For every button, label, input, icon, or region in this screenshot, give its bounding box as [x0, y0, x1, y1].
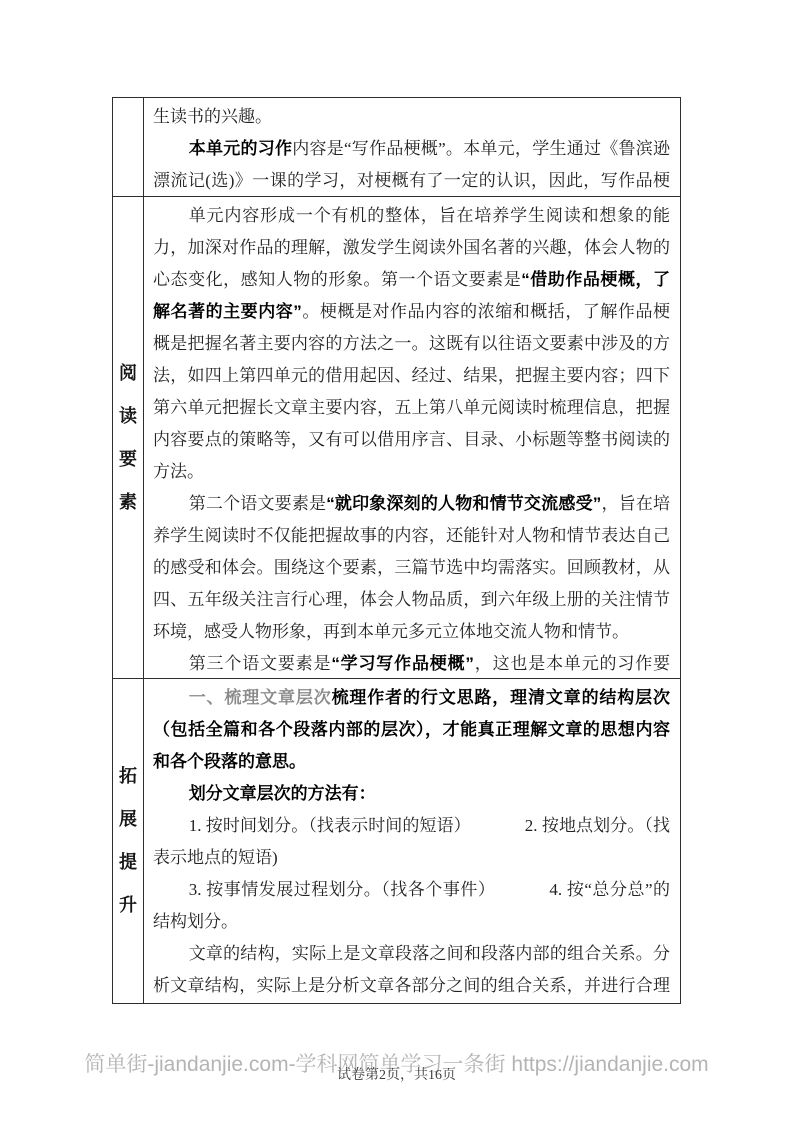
text-segment: 第二个语文要素是 [189, 494, 327, 513]
list-item-3: 3. 按事情发展过程划分。（找各个事件） [189, 880, 496, 899]
row-label-cell-expansion: 拓展提升 [113, 679, 144, 1003]
row-label-cell-empty [113, 98, 144, 196]
table-row-continuation: 生读书的兴趣。 本单元的习作内容是“写作品梗概”。本单元，学生通过《鲁滨逊漂流记… [113, 98, 680, 196]
text-segment-bold: “就印象深刻的人物和情节交流感受” [326, 494, 601, 513]
text-segment-bold: “学习写作品梗概” [331, 654, 474, 673]
text-segment: 。梗概是对作品内容的浓缩和概括，了解作品梗概是把握名著主要内容的方法之一。这既有… [153, 302, 670, 481]
paragraph: 生读书的兴趣。 [153, 101, 670, 133]
paragraph: 单元内容形成一个有机的整体，旨在培养学生阅读和想象的能力，加深对作品的理解，激发… [153, 200, 670, 488]
table-row-expansion: 拓展提升 一、梳理文章层次梳理作者的行文思路，理清文章的结构层次（包括全篇和各个… [113, 678, 680, 1003]
paragraph-list-line: 1. 按时间划分。（找表示时间的短语）2. 按地点划分。（找表示地点的短语) [153, 810, 670, 874]
row-label-cell-reading-elements: 阅读要素 [113, 197, 144, 678]
paragraph-list-line: 3. 按事情发展过程划分。（找各个事件）4. 按“总分总”的结构划分。 [153, 874, 670, 938]
text-segment: 生读书的兴趣。 [153, 107, 272, 126]
paragraph: 第三个语文要素是“学习写作品梗概”，这也是本单元的习作要求。梗概是学生第一次接触… [153, 648, 670, 678]
page-number: 试卷第2页，共16页 [337, 1064, 456, 1084]
text-segment-bold: 本单元的习作 [189, 139, 293, 158]
document-page: 生读书的兴趣。 本单元的习作内容是“写作品梗概”。本单元，学生通过《鲁滨逊漂流记… [0, 0, 793, 1122]
text-segment: 第三个语文要素是 [189, 654, 332, 673]
text-segment-bold: 划分文章层次的方法有： [189, 784, 376, 803]
row-label-expansion: 拓展提升 [118, 755, 138, 927]
row-label-reading-elements: 阅读要素 [118, 352, 138, 524]
paragraph: 本单元的习作内容是“写作品梗概”。本单元，学生通过《鲁滨逊漂流记(选)》一课的学… [153, 133, 670, 196]
paragraph: 文章的结构，实际上是文章段落之间和段落内部的组合关系。分析文章结构，实际上是分析… [153, 938, 670, 1003]
paragraph: 第二个语文要素是“就印象深刻的人物和情节交流感受”，旨在培养学生阅读时不仅能把握… [153, 488, 670, 648]
table-row-reading-elements: 阅读要素 单元内容形成一个有机的整体，旨在培养学生阅读和想象的能力，加深对作品的… [113, 196, 680, 678]
row-content-continuation: 生读书的兴趣。 本单元的习作内容是“写作品梗概”。本单元，学生通过《鲁滨逊漂流记… [144, 98, 680, 196]
text-segment: 文章的结构，实际上是文章段落之间和段落内部的组合关系。分析文章结构，实际上是分析… [153, 944, 670, 1003]
unit-analysis-table: 生读书的兴趣。 本单元的习作内容是“写作品梗概”。本单元，学生通过《鲁滨逊漂流记… [112, 97, 681, 1004]
row-content-reading-elements: 单元内容形成一个有机的整体，旨在培养学生阅读和想象的能力，加深对作品的理解，激发… [144, 197, 680, 678]
list-item-1: 1. 按时间划分。（找表示时间的短语） [189, 816, 471, 835]
paragraph: 划分文章层次的方法有： [153, 778, 670, 810]
row-content-expansion: 一、梳理文章层次梳理作者的行文思路，理清文章的结构层次（包括全篇和各个段落内部的… [144, 679, 680, 1003]
text-segment: ，旨在培养学生阅读时不仅能把握故事的内容，还能针对人物和情节表达自己的感受和体会… [153, 494, 670, 641]
paragraph: 一、梳理文章层次梳理作者的行文思路，理清文章的结构层次（包括全篇和各个段落内部的… [153, 682, 670, 778]
text-segment-gray-bold: 一、梳理文章层次 [189, 688, 332, 707]
